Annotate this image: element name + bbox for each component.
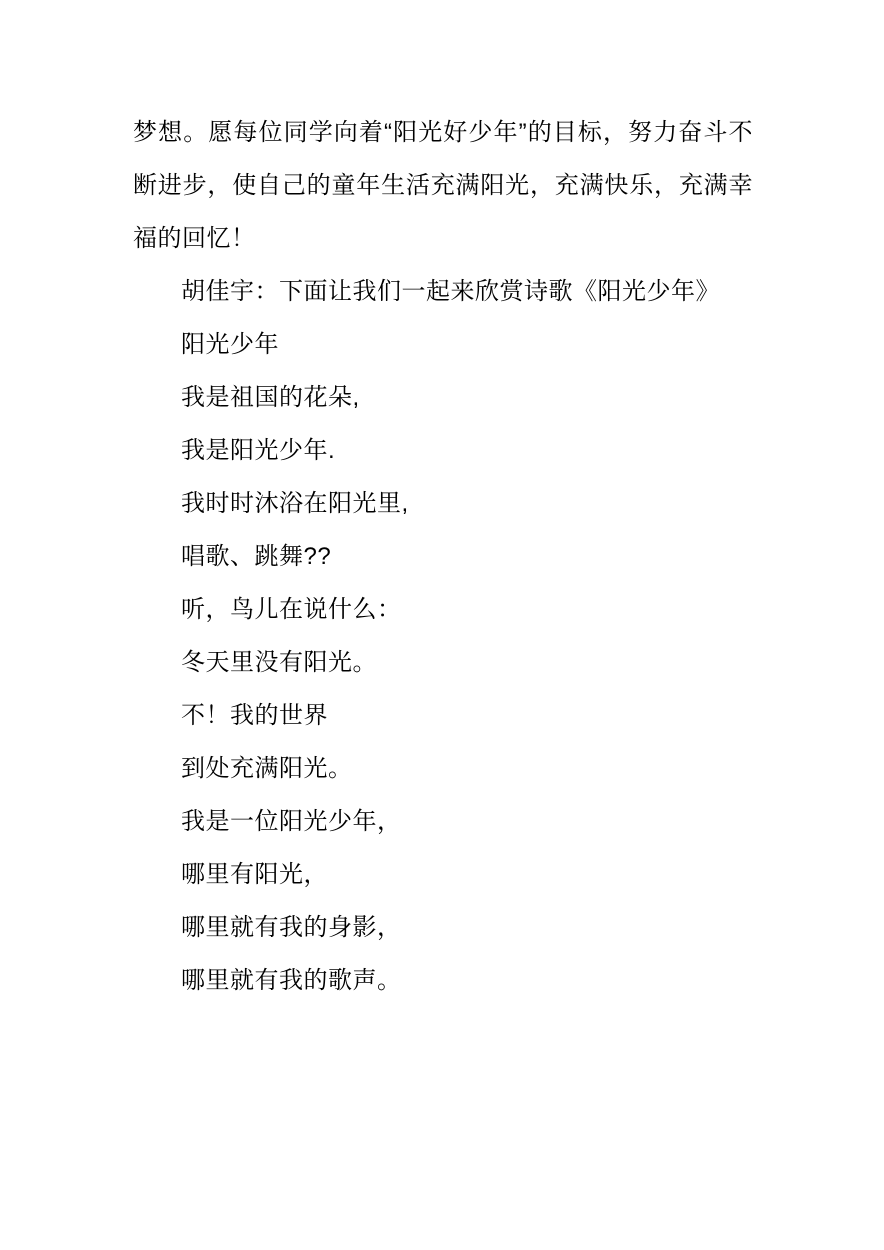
body-paragraph: 梦想。愿每位同学向着“阳光好少年”的目标，努力奋斗不断进步，使自己的童年生活充满… <box>133 106 753 265</box>
poem-line: 我是祖国的花朵, <box>133 371 753 424</box>
speaker-line: 胡佳宇：下面让我们一起来欣赏诗歌《阳光少年》 <box>133 265 753 318</box>
document-body: 梦想。愿每位同学向着“阳光好少年”的目标，努力奋斗不断进步，使自己的童年生活充满… <box>133 106 753 1007</box>
poem-line: 我是阳光少年. <box>133 424 753 477</box>
poem-line: 我是一位阳光少年， <box>133 795 753 848</box>
poem-line: 哪里就有我的身影， <box>133 901 753 954</box>
poem-line: 到处充满阳光。 <box>133 742 753 795</box>
poem-line: 哪里有阳光， <box>133 848 753 901</box>
poem-title-line: 阳光少年 <box>133 318 753 371</box>
poem-line: 不！我的世界 <box>133 689 753 742</box>
document-page: 梦想。愿每位同学向着“阳光好少年”的目标，努力奋斗不断进步，使自己的童年生活充满… <box>0 0 884 1250</box>
poem-line: 唱歌、跳舞?? <box>133 530 753 583</box>
poem-line: 哪里就有我的歌声。 <box>133 954 753 1007</box>
poem-line: 冬天里没有阳光。 <box>133 636 753 689</box>
poem-line: 听，鸟儿在说什么： <box>133 583 753 636</box>
poem-line: 我时时沐浴在阳光里, <box>133 477 753 530</box>
